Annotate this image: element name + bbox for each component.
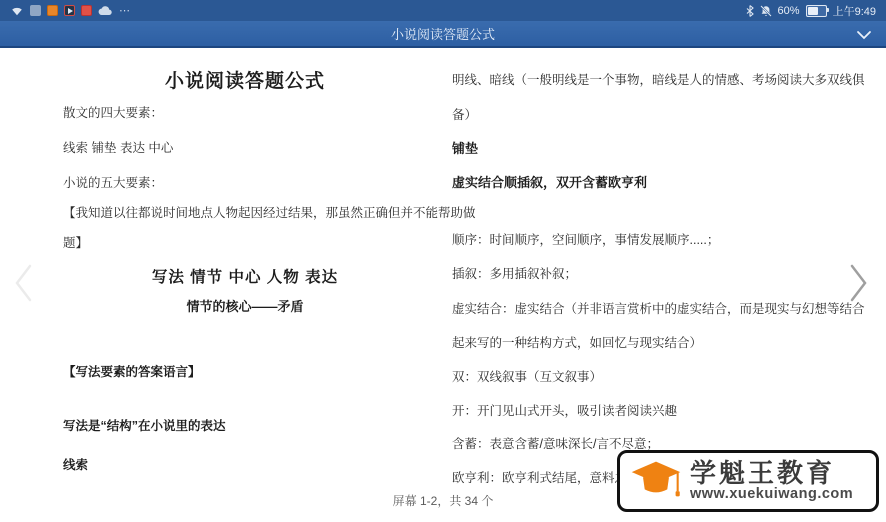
app-square-icon [30,5,41,16]
chevron-down-icon[interactable] [856,28,872,43]
page-indicator: 屏幕 1-2，共 34 个 [0,492,886,509]
more-icon: ⋯ [119,4,131,17]
next-page-button[interactable] [848,263,870,303]
doc-line: 写法 情节 中心 人物 表达 [63,268,427,287]
doc-line: 起来写的一种结构方式，如回忆与现实结合） [452,336,828,352]
prev-page-button[interactable] [12,263,34,303]
orange-app-icon [47,5,58,16]
document-title: 小说阅读答题公式 [391,24,495,43]
doc-line: 小说的五大要素： [63,176,427,192]
doc-line: 铺垫 [452,141,828,157]
video-app-icon [64,5,75,16]
title-bar: 小说阅读答题公式 [0,21,886,48]
doc-line: 散文的四大要素： [63,106,427,122]
watermark-brand: 学魁王教育 [690,460,835,487]
doc-line: 顺序：时间顺序，空间顺序，事情发展顺序.....； [452,233,828,249]
bluetooth-icon [746,5,754,17]
doc-line: 【我知道以往都说时间地点人物起因经过结果，那虽然正确但并不能帮助做 [63,206,427,222]
wifi-icon [10,5,24,16]
battery-icon [806,5,827,17]
clock: 上午9:49 [833,3,876,19]
status-left-icons: ⋯ [10,4,131,17]
mute-icon [760,5,772,17]
status-right: 60% 上午9:49 [746,3,876,19]
status-bar: ⋯ 60% 上午9:49 [0,0,886,21]
doc-line: 虚实结合顺插叙，双开含蓄欧亨利 [452,175,828,191]
doc-line: 插叙：多用插叙补叙； [452,267,828,283]
battery-percent: 60% [778,5,800,17]
doc-line: 线索 [63,458,427,474]
doc-line: 开：开门见山式开头，吸引读者阅读兴趣 [452,404,828,420]
doc-line: 虚实结合：虚实结合（并非语言赏析中的虚实结合，而是现实与幻想等结合 [452,302,828,318]
doc-line: 明线、暗线（一般明线是一个事物，暗线是人的情感、考场阅读大多双线俱 [452,73,828,89]
cloud-icon [98,6,113,16]
doc-line: 题】 [63,236,427,252]
doc-line: 情节的核心——矛盾 [63,299,427,315]
doc-line: 双：双线叙事（互文叙事） [452,370,828,386]
recorder-app-icon [81,5,92,16]
doc-line: 小说阅读答题公式 [63,70,427,94]
doc-line: 线索 铺垫 表达 中心 [63,141,427,157]
doc-line: 写法是“结构”在小说里的表达 [63,419,427,435]
doc-line: 备） [452,108,828,124]
doc-line: 【写法要素的答案语言】 [63,365,427,381]
